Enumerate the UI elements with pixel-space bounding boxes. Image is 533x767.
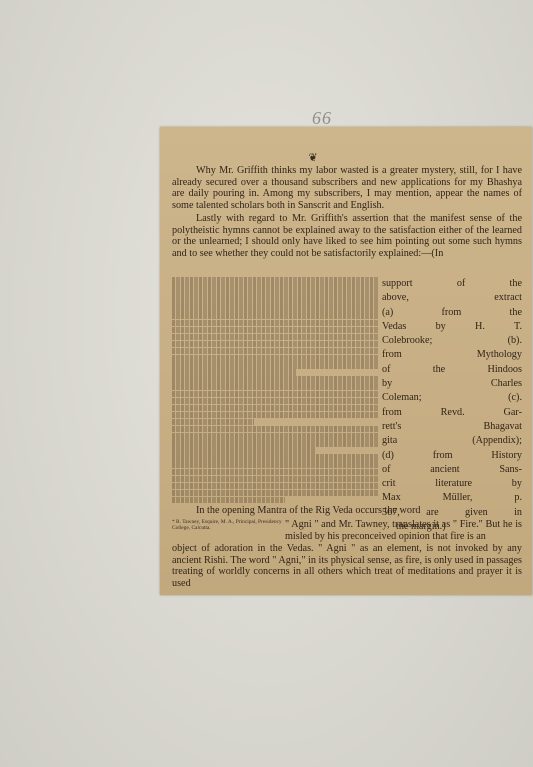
paragraph-polytheistic-hymns: Lastly with regard to Mr. Griffith's ass… bbox=[172, 213, 522, 259]
margin-line: from Mythology bbox=[382, 348, 522, 362]
footnotes-small-print: [illegible small print — footnote (a)] [… bbox=[172, 277, 378, 504]
margin-line: from Revd. Gar- bbox=[382, 406, 522, 420]
paragraph-rig-veda-right: " Agni " and Mr. Tawney, translates it a… bbox=[285, 519, 522, 542]
paragraph-rig-veda-lead: In the opening Mantra of the Rig Veda oc… bbox=[172, 505, 522, 517]
margin-line: (a) from the bbox=[382, 306, 522, 320]
margin-line: Max Müller, p. bbox=[382, 491, 522, 505]
margin-line: Coleman; (c). bbox=[382, 391, 522, 405]
margin-line: (d) from History bbox=[382, 449, 522, 463]
margin-line: of ancient Sans- bbox=[382, 463, 522, 477]
margin-line: Vedas by H. T. bbox=[382, 320, 522, 334]
margin-line: by Charles bbox=[382, 377, 522, 391]
margin-line: gita (Appendix); bbox=[382, 434, 522, 448]
paragraph-subscribers: Why Mr. Griffith thinks my labor wasted … bbox=[172, 165, 522, 211]
footnote-d: [illegible small print — footnote (d)] bbox=[172, 454, 378, 503]
margin-line: crit literature by bbox=[382, 477, 522, 491]
margin-line: rett's Bhagavat bbox=[382, 420, 522, 434]
margin-line: support of the bbox=[382, 277, 522, 291]
ornament-icon: ❦ bbox=[306, 151, 320, 161]
footnote-c: [illegible small print — footnote (c)] bbox=[172, 426, 378, 454]
margin-column-text: support of the above, extract (a) from t… bbox=[382, 277, 522, 534]
pencil-page-number: 66 bbox=[312, 108, 332, 129]
newspaper-clipping: ❦ Why Mr. Griffith thinks my labor waste… bbox=[160, 127, 532, 595]
margin-line: of the Hindoos bbox=[382, 363, 522, 377]
margin-line: above, extract bbox=[382, 291, 522, 305]
tawney-footnote: * R. Tawney, Esquire, M. A., Principal, … bbox=[172, 519, 282, 532]
paragraph-rig-veda-rest: object of adoration in the Vedas. " Agni… bbox=[172, 543, 522, 589]
footnote-a: [illegible small print — footnote (a)] bbox=[172, 277, 378, 376]
footnote-b: [illegible small print — footnote (b)] bbox=[172, 376, 378, 425]
margin-line: Colebrooke; (b). bbox=[382, 334, 522, 348]
